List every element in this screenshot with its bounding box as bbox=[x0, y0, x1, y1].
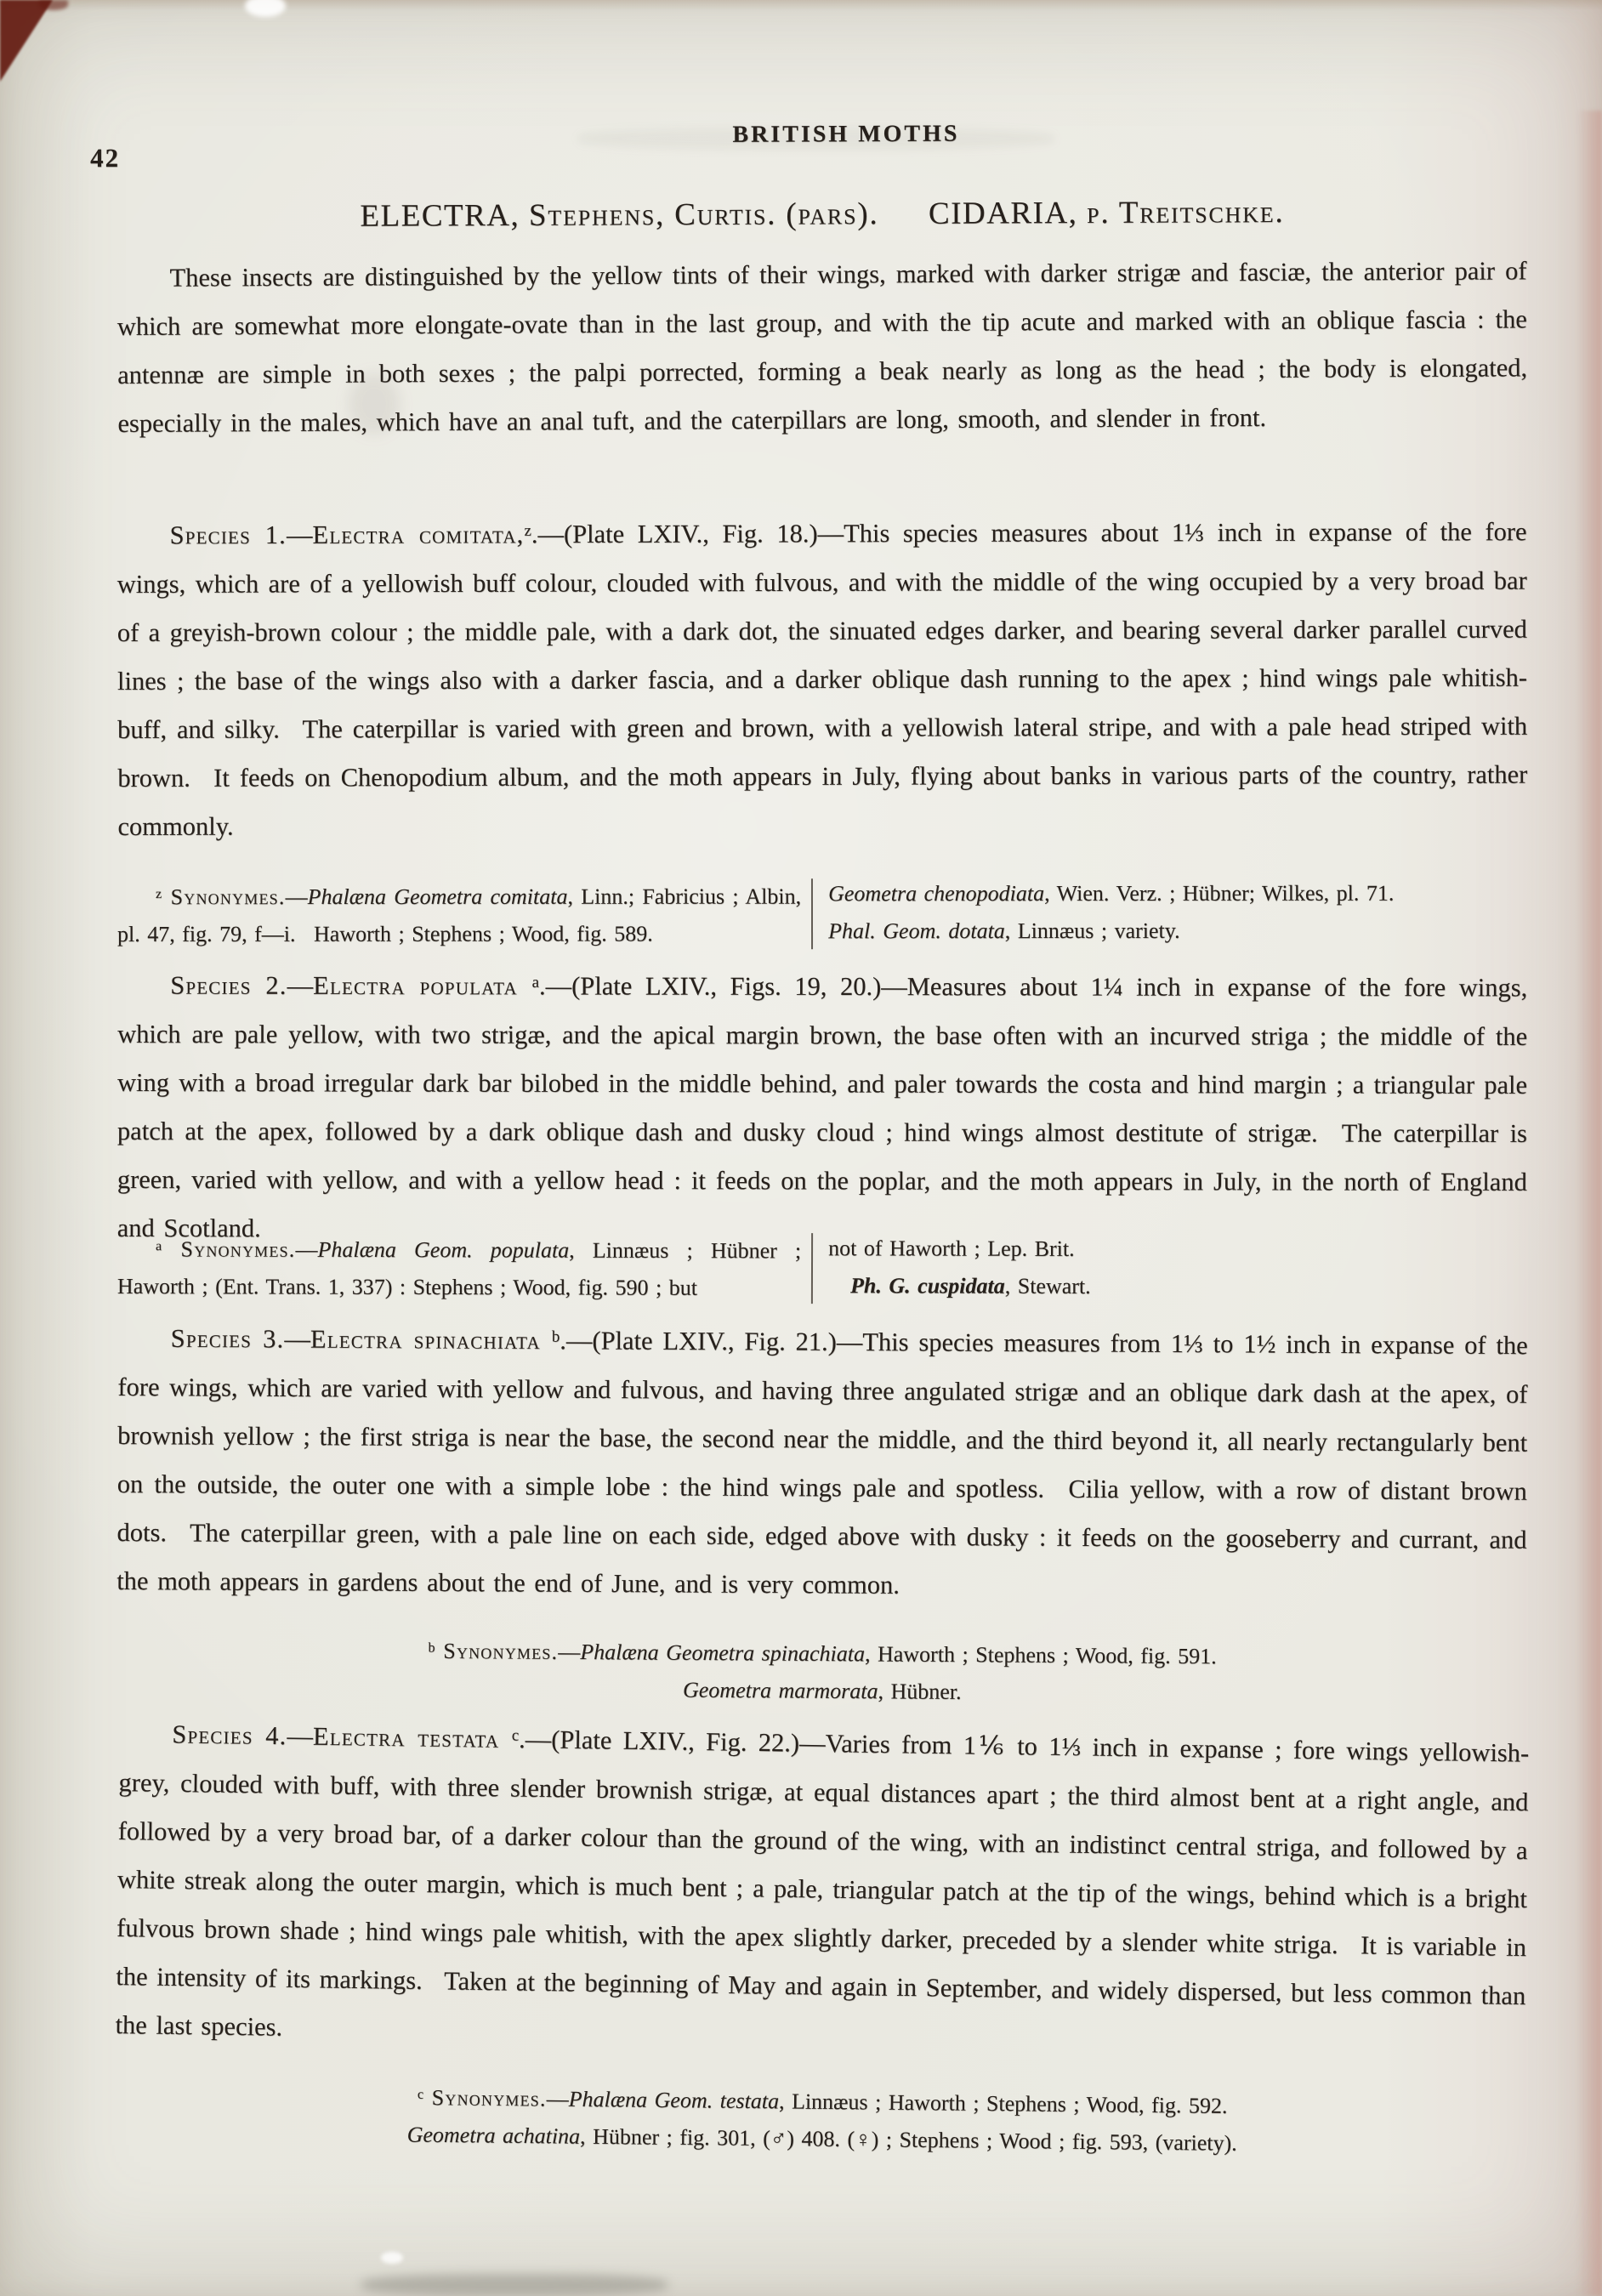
species-4-paragraph: Species 4.—Electra testata c.—(Plate LXI… bbox=[115, 1706, 1529, 2069]
species-4-synonymes: c Synonymes.—Phalæna Geom. testata, Linn… bbox=[117, 2073, 1528, 2166]
scan-white-dot bbox=[381, 2252, 403, 2264]
synonymes-right-column: Geometra chenopodiata, Wien. Verz. ; Hüb… bbox=[828, 875, 1527, 953]
synonymes-right-column: not of Haworth ; Lep. Brit. Ph. G. cuspi… bbox=[828, 1230, 1527, 1309]
page-header: 42 BRITISH MOTHS bbox=[117, 118, 1527, 175]
synonymes-left-column: a Synonymes.—Phalæna Geom. populata, Lin… bbox=[117, 1228, 801, 1307]
scan-corner-artifact bbox=[0, 0, 53, 82]
section-title: ELECTRA, Stephens, Curtis. (pars). CIDAR… bbox=[117, 193, 1527, 236]
scan-right-edge-tint bbox=[1576, 111, 1602, 2296]
column-divider bbox=[811, 1233, 813, 1304]
scan-corner-streak bbox=[39, 0, 68, 10]
scan-bottom-smudge bbox=[361, 2274, 667, 2296]
synonymes-left-column: z Synonymes.—Phalæna Geometra comitata, … bbox=[117, 875, 801, 953]
scan-white-blob bbox=[245, 0, 286, 17]
species-3-synonymes: b Synonymes.—Phalæna Geometra spinachiat… bbox=[117, 1628, 1528, 1715]
scan-top-edge-shade bbox=[0, 0, 1602, 10]
intro-paragraph: These insects are distinguished by the y… bbox=[116, 247, 1527, 448]
column-divider bbox=[811, 878, 813, 949]
species-2-synonymes: a Synonymes.—Phalæna Geom. populata, Lin… bbox=[117, 1228, 1527, 1310]
species-2-paragraph: Species 2.—Electra populata a.—(Plate LX… bbox=[117, 958, 1528, 1254]
species-3-paragraph: Species 3.—Electra spinachiata b.—(Plate… bbox=[116, 1310, 1528, 1612]
running-head: BRITISH MOTHS bbox=[141, 118, 1551, 151]
book-page-scan: 42 BRITISH MOTHS ELECTRA, Stephens, Curt… bbox=[0, 0, 1602, 2296]
species-1-synonymes: z Synonymes.—Phalæna Geometra comitata, … bbox=[117, 875, 1527, 954]
page-number: 42 bbox=[90, 143, 120, 173]
species-1-paragraph: Species 1.—Electra comitata,z.—(Plate LX… bbox=[116, 504, 1527, 851]
